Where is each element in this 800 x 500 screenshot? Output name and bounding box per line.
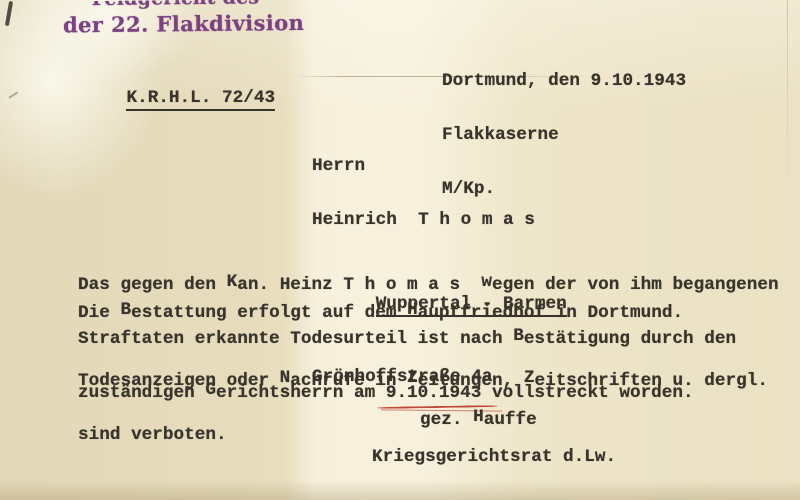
text-segment: auptfriedhof in Dortmund. [418,303,683,323]
stamp-line-1-clipped: Feldgericht des Kommandeurs [92,0,352,10]
text-segment: achrufe in [290,371,407,391]
paper-faint-mark [8,91,18,99]
text-segment: gez. [420,410,473,430]
text-segment: eitschriften u. dergl. [534,371,768,391]
text-segment: N [280,368,291,388]
signature-title: Kriegsgerichtsrat d.Lw. [372,448,616,466]
text-segment: Todesanzeigen oder [78,371,280,391]
recipient-salutation: Herrn [312,157,567,175]
paragraph-verdict-line-1: Das gegen den Kan. Heinz T h o m a s weg… [78,276,779,294]
reference-number: K.R.H.L. 72/43 [84,71,275,125]
paragraph-burial: Die Bestattung erfolgt auf dem Hauptfrie… [78,304,683,322]
paragraph-prohibition-line-1: Todesanzeigen oder Nachrufe in Zeitungen… [78,372,768,390]
reference-number-text: K.R.H.L. 72/43 [126,88,275,111]
text-segment: H [473,407,484,427]
text-segment: Die [78,303,120,323]
signature-signed: gez. Hauffe [420,411,537,429]
vertical-edge-crease [787,0,788,200]
text-segment: eitungen, [418,371,524,391]
recipient-name: Heinrich T h o m a s [312,211,567,229]
text-segment: Z [524,368,535,388]
dateline-place-date: Dortmund, den 9.10.1943 [442,72,686,90]
text-segment: auffe [484,410,537,430]
stamp-line-2: der 22. Flakdivision [63,10,304,38]
unit-stamp: Feldgericht des Kommandeurs der 22. Flak… [0,0,400,52]
text-segment: H [407,300,418,320]
text-segment: K [227,272,238,292]
text-segment: B [120,300,131,320]
text-segment: estattung erfolgt auf dem [131,303,407,323]
text-segment: an. Heinz T h o m a s [237,275,481,295]
text-segment: egen der von ihm begangenen [492,275,779,295]
stamp-line-1-text: Feldgericht des Kommandeurs [92,0,352,10]
text-segment: Z [407,368,418,388]
document-scan: Feldgericht des Kommandeurs der 22. Flak… [0,0,800,500]
text-segment: w [481,272,492,292]
text-segment: Das gegen den [78,275,227,295]
